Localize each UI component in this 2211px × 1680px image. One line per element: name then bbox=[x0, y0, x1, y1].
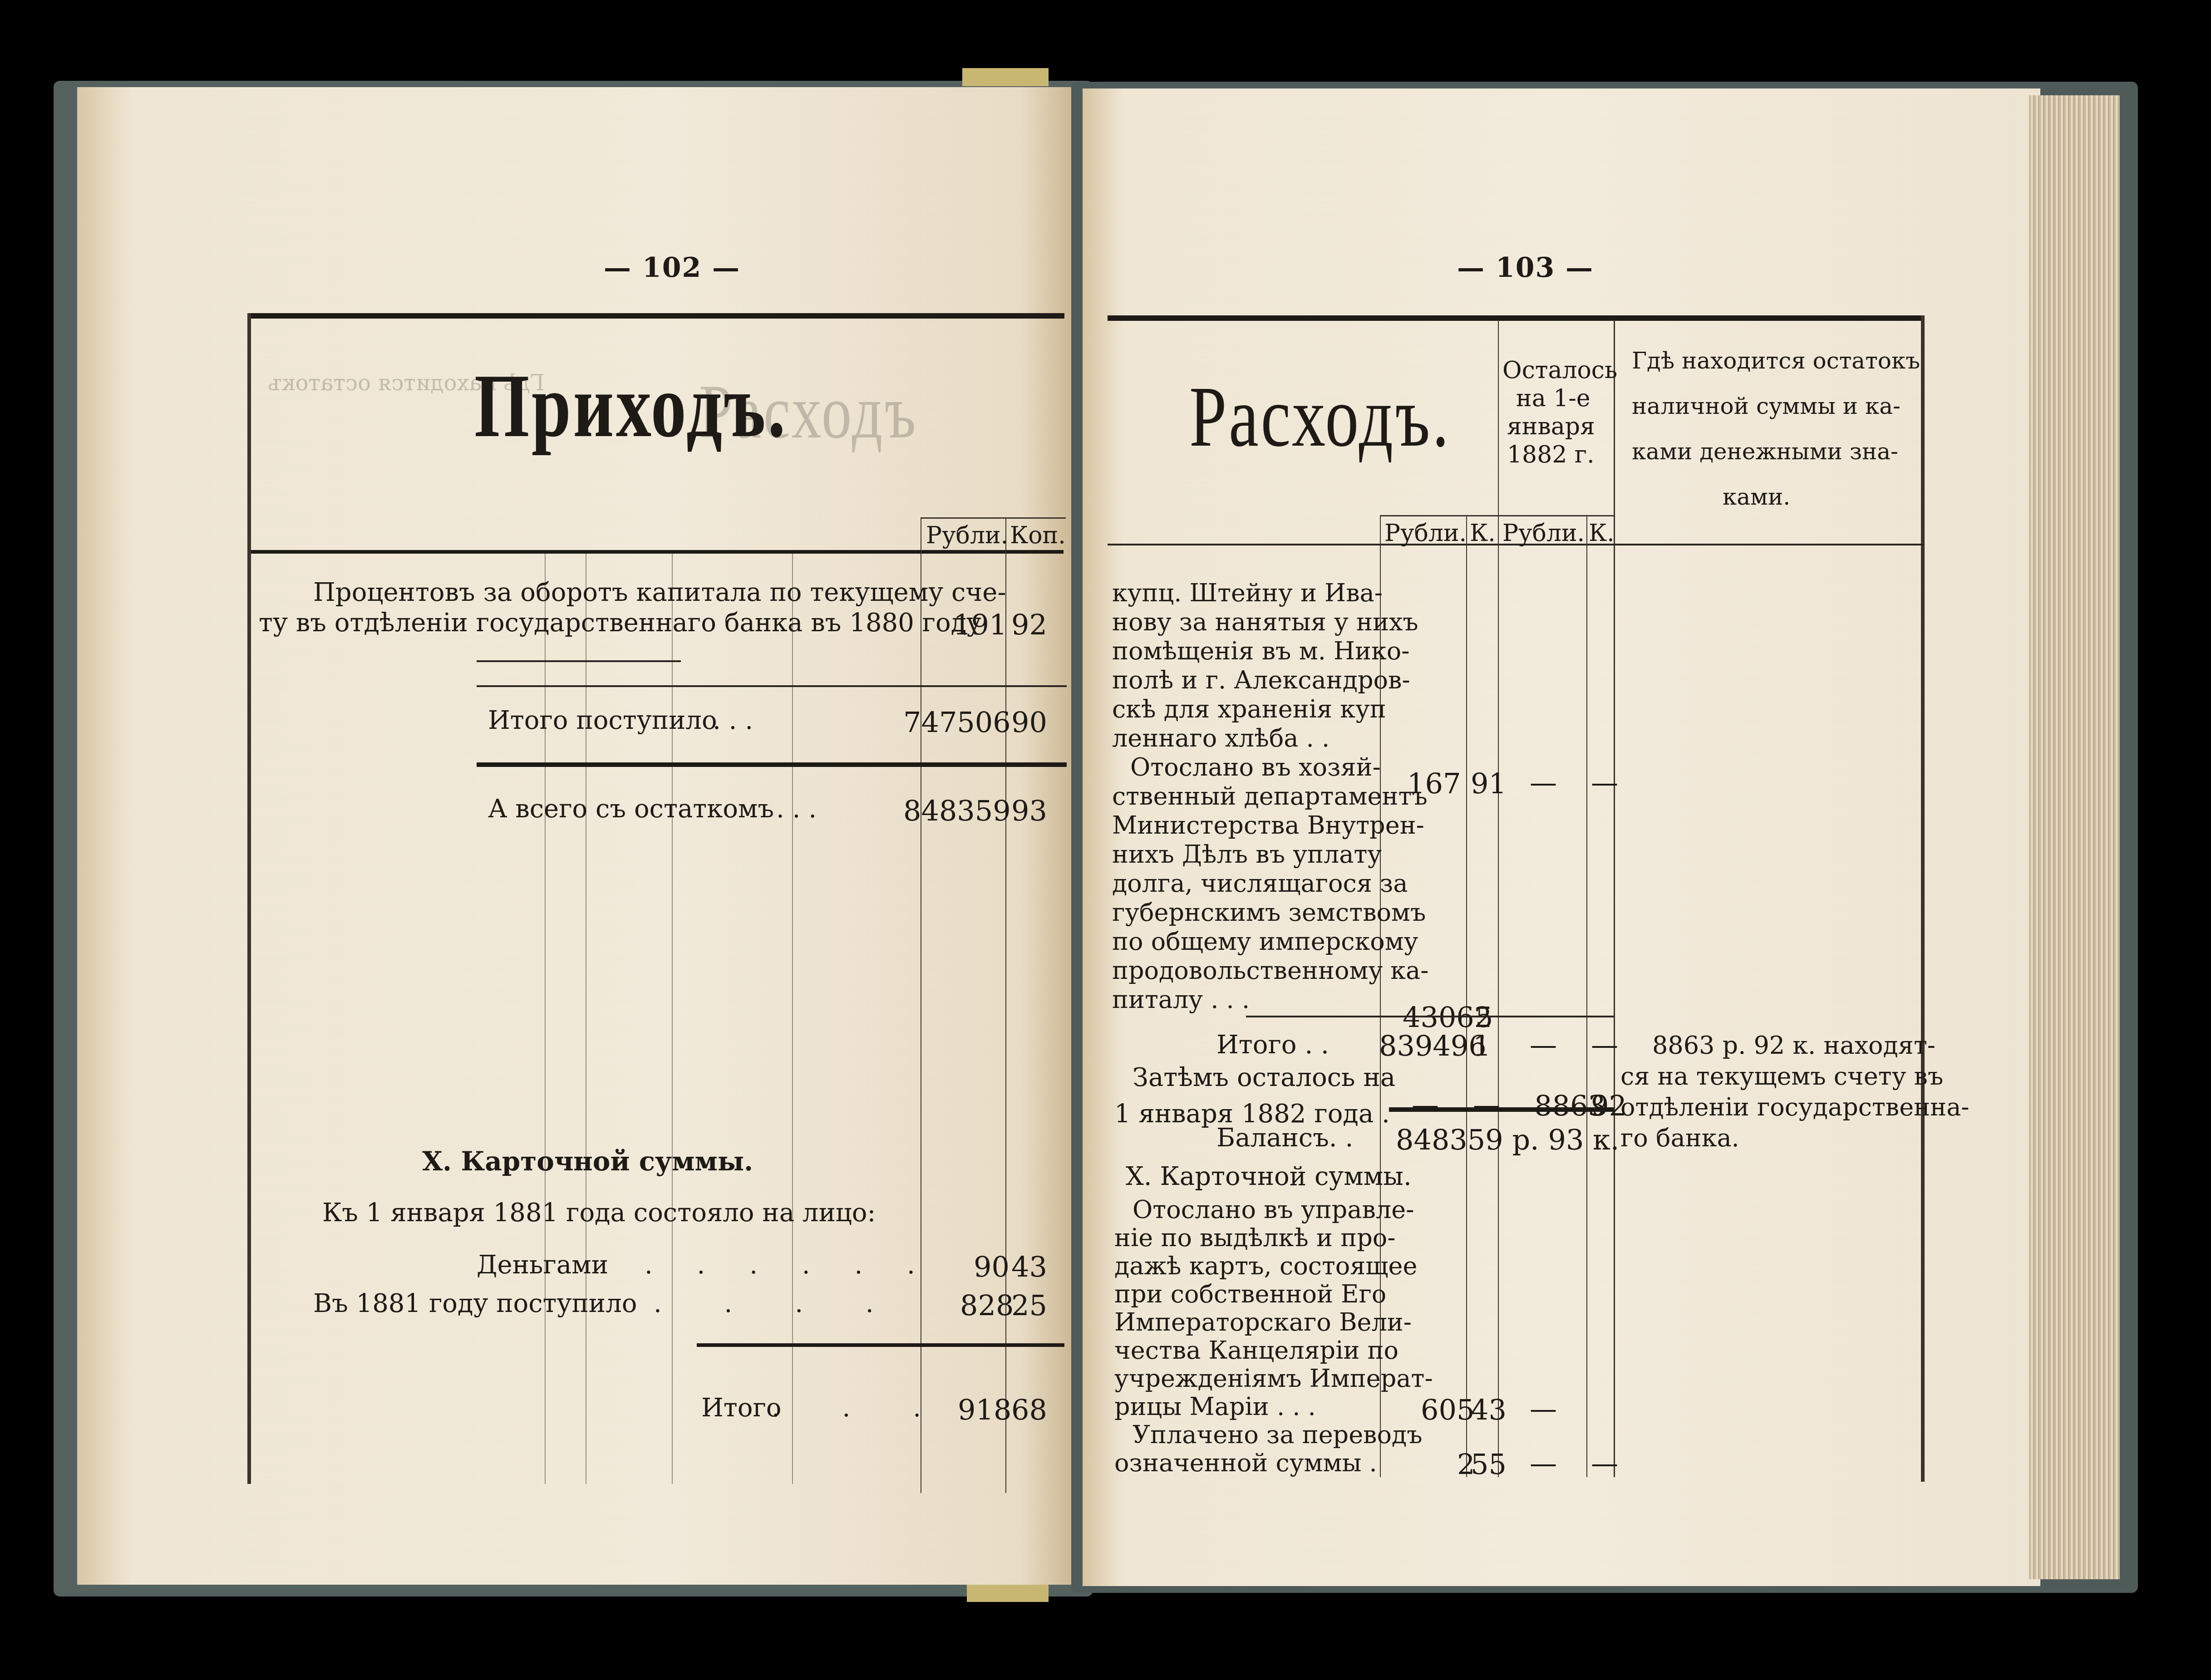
row-balance-label: Балансъ. . bbox=[1216, 1125, 1353, 1151]
text-line: отдѣленіи государственна- bbox=[1620, 1092, 1970, 1123]
header-line: Гдѣ находится остатокъ bbox=[1632, 338, 1920, 383]
where-note: 8863 р. 92 к. находят- ся на текущемъ сч… bbox=[1620, 1030, 1970, 1154]
row-rent-description: купц. Штейну и Ива- нову за нанятыя у ни… bbox=[1112, 579, 1429, 1014]
col-header-top-rule bbox=[921, 517, 1066, 519]
text-line: рицы Маріи . . . bbox=[1114, 1393, 1433, 1421]
row-transfer-k: 55 bbox=[1471, 1448, 1507, 1481]
page-title-raskhod: Расходъ. bbox=[1189, 368, 1451, 467]
col-border bbox=[1614, 320, 1615, 1477]
text-line: купц. Штейну и Ива- bbox=[1112, 579, 1429, 608]
sum-rule bbox=[477, 685, 1067, 687]
header-line: 1882 г. bbox=[1502, 441, 1617, 469]
text-line: Отослано въ управле- bbox=[1114, 1196, 1433, 1224]
row-percent-rubles: 191 bbox=[953, 608, 1007, 641]
page-number-right: — 103 — bbox=[1457, 252, 1594, 284]
text-line: ственный департаментъ bbox=[1112, 782, 1429, 811]
double-rule bbox=[477, 762, 1067, 767]
page-title-prikhod: Приходъ. bbox=[474, 354, 788, 458]
col-border bbox=[1498, 320, 1499, 1477]
row-percent-line1: Процентовъ за оборотъ капитала по текуще… bbox=[313, 580, 1006, 605]
row-grand-total-label: А всего съ остаткомъ bbox=[488, 796, 774, 822]
row-transfer-k2: — bbox=[1591, 1448, 1618, 1479]
row-cards-rubles: 605 bbox=[1421, 1393, 1474, 1426]
row-grand-total-kop: 93 bbox=[1011, 794, 1047, 827]
row-received-1881-rubles: 828 bbox=[960, 1289, 1014, 1322]
section-x-subheading: Къ 1 января 1881 года состояло на лицо: bbox=[322, 1200, 876, 1226]
table-top-rule-right bbox=[1108, 315, 1925, 321]
col-header-rubles2-right: Рубли. bbox=[1502, 520, 1585, 547]
row-balance-total: 848359 р. 93 к. bbox=[1396, 1123, 1620, 1156]
row-cards-rubles2: — bbox=[1530, 1393, 1557, 1425]
text-line: по общему имперскому bbox=[1112, 927, 1429, 956]
col-header-rubles: Рубли. bbox=[926, 522, 1008, 549]
row-rent-k: 91 bbox=[1471, 767, 1507, 800]
text-line: нову за нанятыя у нихъ bbox=[1112, 608, 1429, 637]
leader-dots: . . . bbox=[776, 796, 817, 822]
row-cards-description: Отослано въ управле- ніе по выдѣлкѣ и пр… bbox=[1114, 1196, 1433, 1477]
header-line: ками денежными зна- bbox=[1632, 429, 1920, 474]
text-line: 8863 р. 92 к. находят- bbox=[1620, 1030, 1970, 1061]
text-line: дажѣ картъ, состоящее bbox=[1114, 1252, 1433, 1280]
row-rent-rubles: 167 bbox=[1407, 767, 1461, 800]
text-line: губернскимъ земствомъ bbox=[1112, 898, 1429, 927]
header-line: января bbox=[1502, 413, 1617, 441]
col-header-k2-right: К. bbox=[1589, 520, 1615, 547]
row-total-received-rubles: 747506 bbox=[903, 706, 1011, 739]
double-rule bbox=[1389, 1107, 1614, 1112]
text-line: скѣ для храненія куп bbox=[1112, 695, 1429, 724]
col-border bbox=[1466, 515, 1467, 1477]
row-money-label: Деньгами bbox=[477, 1253, 608, 1278]
text-line: при собственной Его bbox=[1114, 1280, 1433, 1308]
text-line: Затѣмъ осталось на bbox=[1114, 1060, 1395, 1096]
leader-dots: . . . . bbox=[654, 1291, 901, 1316]
row-total-right-rubles: 839496 bbox=[1379, 1029, 1487, 1062]
faint-rule bbox=[586, 554, 586, 1484]
row-total-x-rubles: 918 bbox=[958, 1393, 1011, 1426]
col-header-kop: Коп. bbox=[1010, 522, 1066, 549]
text-line: учрежденіямъ Императ- bbox=[1114, 1365, 1433, 1393]
row-total-x-label: Итого bbox=[701, 1395, 782, 1421]
row-remaining-k: — bbox=[1473, 1089, 1500, 1121]
row-money-kop: 43 bbox=[1011, 1250, 1047, 1283]
text-line: питалу . . . bbox=[1112, 985, 1429, 1014]
row-total-right-k2: — bbox=[1591, 1029, 1618, 1061]
leader-dots: . . . bbox=[772, 1395, 948, 1421]
row-total-received-kop: 90 bbox=[1011, 706, 1047, 739]
text-line: долга, числящагося за bbox=[1112, 869, 1429, 898]
table-left-border bbox=[247, 313, 251, 1484]
leader-dots: . . . bbox=[713, 708, 753, 733]
text-line: продовольственному ка- bbox=[1112, 956, 1429, 985]
text-line: полѣ и г. Александров- bbox=[1112, 666, 1429, 695]
leader-dots: . . . . . . bbox=[645, 1253, 933, 1278]
header-line: на 1-е bbox=[1502, 384, 1617, 413]
table-right-border bbox=[1921, 315, 1925, 1482]
col-header-remaining: Осталось на 1-е января 1882 г. bbox=[1502, 356, 1617, 469]
text-line: Императорскаго Вели- bbox=[1114, 1308, 1433, 1336]
col-header-k-right: К. bbox=[1470, 520, 1496, 547]
sum-rule bbox=[477, 660, 681, 662]
faint-rule bbox=[545, 554, 546, 1484]
col-header-rule bbox=[1380, 515, 1614, 516]
text-line: чества Канцеляріи по bbox=[1114, 1336, 1433, 1365]
row-percent-kop: 92 bbox=[1011, 608, 1047, 641]
col-header-rubles-right: Рубли. bbox=[1384, 520, 1467, 547]
sum-rule bbox=[1246, 1016, 1614, 1017]
row-total-right-k: 1 bbox=[1473, 1029, 1491, 1062]
header-line: Осталось bbox=[1502, 356, 1617, 384]
page-number-left: — 102 — bbox=[604, 252, 740, 284]
row-rent-k2: — bbox=[1591, 767, 1618, 799]
text-line: Уплачено за переводъ bbox=[1114, 1421, 1433, 1449]
row-money-rubles: 90 bbox=[974, 1250, 1009, 1283]
col-border bbox=[1586, 515, 1587, 1477]
row-cards-k: 43 bbox=[1471, 1393, 1507, 1426]
page-edges bbox=[2029, 95, 2120, 1579]
binding-spine-bottom bbox=[967, 1584, 1049, 1602]
header-line: ками. bbox=[1632, 474, 1920, 520]
text-line: ніе по выдѣлкѣ и про- bbox=[1114, 1224, 1433, 1252]
text-line: го банка. bbox=[1620, 1123, 1970, 1154]
row-total-x-kop: 68 bbox=[1011, 1393, 1047, 1426]
left-page bbox=[77, 87, 1071, 1585]
row-remaining-label: Затѣмъ осталось на 1 января 1882 года . bbox=[1114, 1060, 1395, 1132]
section-x-heading-right: X. Карточной суммы. bbox=[1126, 1164, 1412, 1189]
text-line: помѣщенія въ м. Нико- bbox=[1112, 637, 1429, 666]
row-rent-rubles2: — bbox=[1530, 767, 1557, 799]
text-line: нихъ Дѣлъ въ уплату bbox=[1112, 840, 1429, 869]
text-line: Отослано въ хозяй- bbox=[1112, 753, 1429, 782]
sum-rule bbox=[697, 1343, 1064, 1347]
section-x-heading-left: X. Карточной суммы. bbox=[422, 1148, 753, 1174]
row-received-1881-label: Въ 1881 году поступило bbox=[313, 1291, 637, 1316]
row-transfer-rubles2: — bbox=[1530, 1448, 1557, 1479]
text-line: означенной суммы . bbox=[1114, 1449, 1433, 1477]
row-remaining-rubles: — bbox=[1412, 1089, 1439, 1121]
row-received-1881-kop: 25 bbox=[1011, 1289, 1047, 1322]
row-grand-total-rubles: 848359 bbox=[903, 794, 1011, 827]
row-total-right-rubles2: — bbox=[1530, 1029, 1557, 1061]
text-line: леннаго хлѣба . . bbox=[1112, 724, 1429, 753]
header-line: наличной суммы и ка- bbox=[1632, 383, 1920, 429]
row-percent-line2: ту въ отдѣленіи государственнаго банка в… bbox=[259, 610, 981, 636]
header-bottom-rule bbox=[251, 550, 1064, 554]
binding-spine-top bbox=[962, 68, 1049, 86]
col-header-where: Гдѣ находится остатокъ наличной суммы и … bbox=[1632, 338, 1920, 520]
row-total-right-label: Итого . . bbox=[1216, 1032, 1329, 1058]
text-line: Министерства Внутрен- bbox=[1112, 811, 1429, 840]
table-top-rule bbox=[247, 313, 1064, 319]
text-line: ся на текущемъ счету въ bbox=[1620, 1061, 1970, 1092]
faint-rule bbox=[672, 554, 673, 1484]
row-total-received-label: Итого поступило bbox=[488, 708, 717, 733]
